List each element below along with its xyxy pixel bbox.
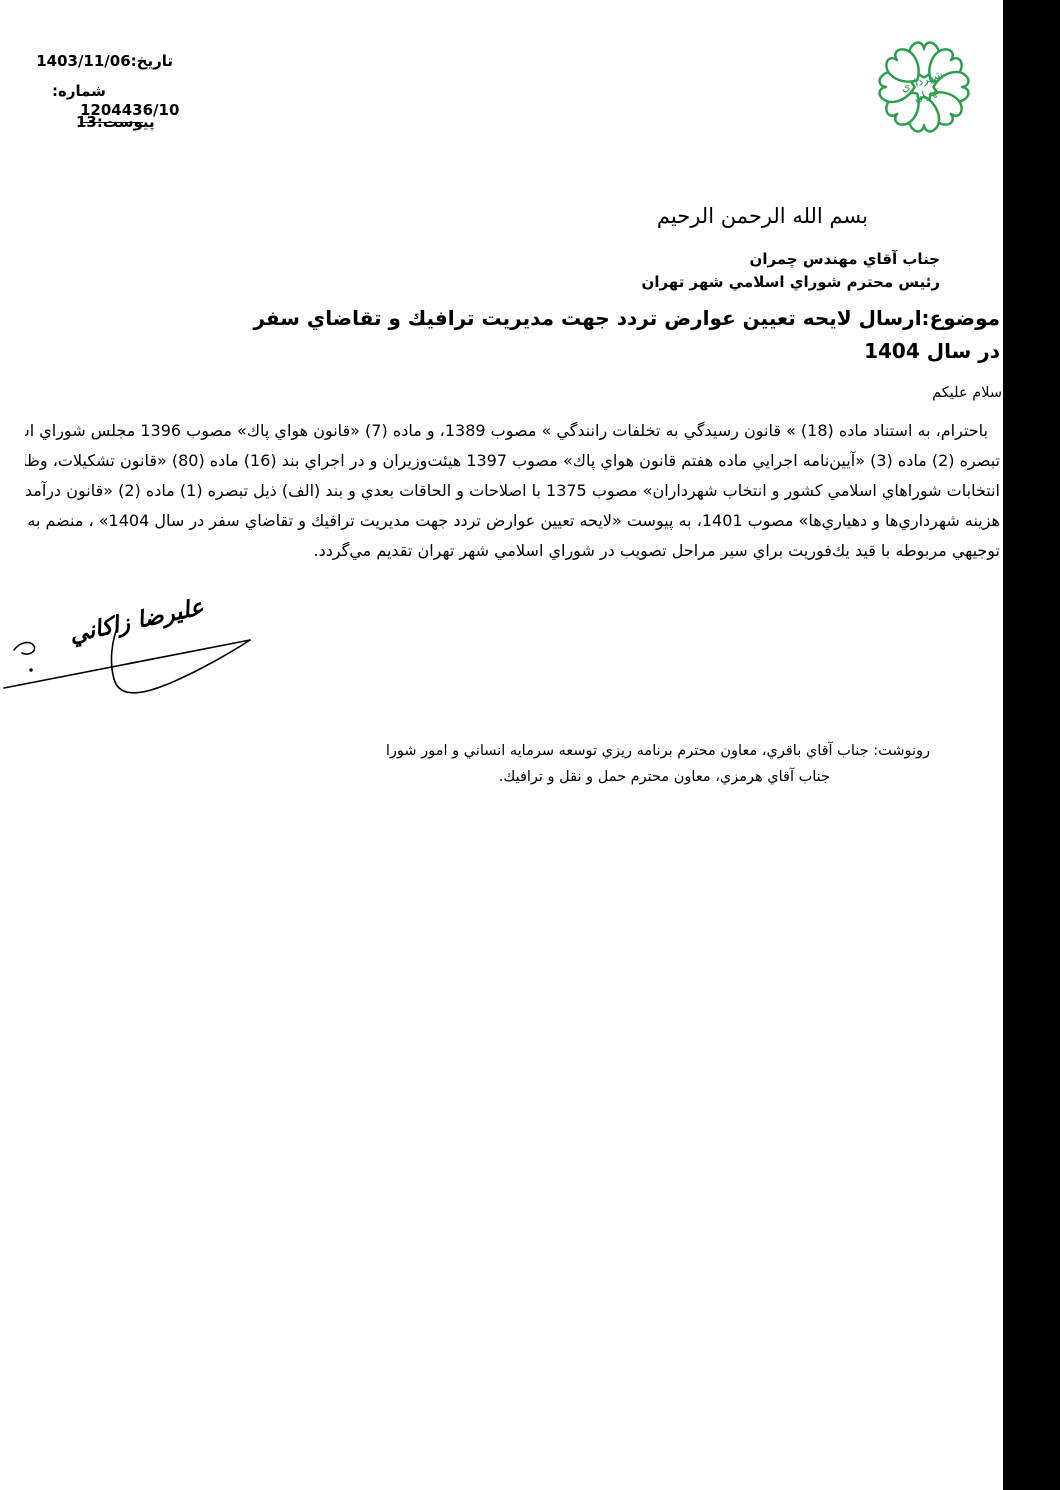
recipient-block: جناب آقاي مهندس چمران رئيس محترم شوراي ا… [642, 248, 940, 294]
signature-flourish-stroke [14, 643, 35, 655]
subject-block: موضوع:ارسال لايحه تعيين عوارض تردد جهت م… [253, 302, 1000, 368]
signature-dot [29, 668, 32, 671]
date-value: 1403/11/06 [36, 52, 130, 70]
signature-block: عليرضا زاكاني [0, 588, 300, 723]
header-number-label: شماره: [52, 82, 106, 100]
body-line-4: هزينه شهرداري‌ها و دهياري‌ها» مصوب 1401،… [25, 506, 1000, 536]
attachment-value: 13 [76, 113, 97, 131]
tehran-municipality-logo: شهرداري تهران [864, 30, 984, 144]
bismillah: بسم الله الرحمن الرحيم [657, 204, 868, 228]
body-line-1: باحترام، به استناد ماده (18) » قانون رسي… [25, 416, 1000, 446]
salutation: سلام عليكم [932, 385, 1002, 401]
signature-name: عليرضا زاكاني [67, 594, 206, 649]
logo-flower-icon: شهرداري تهران [864, 30, 984, 144]
scan-border-strip [1003, 0, 1060, 1490]
signature-baseline-stroke [4, 640, 250, 688]
body-paragraph: باحترام، به استناد ماده (18) » قانون رسي… [25, 416, 1000, 566]
signature-swoosh-stroke [111, 626, 250, 693]
attachment-label: پيوست: [97, 113, 155, 131]
header-attachment: پيوست:13 [76, 113, 155, 131]
header-date: تاريخ:1403/11/06 [36, 52, 173, 70]
cc-line-1: رونوشت: جناب آقاي باقري، معاون محترم برن… [386, 743, 930, 759]
body-line-5: توجيهي مربوطه با قيد يك‌فوريت براي سير م… [25, 536, 1000, 566]
letter-page: تاريخ:1403/11/06 شماره: 1204436/10 پيوست… [0, 0, 1060, 1490]
body-line-2: تبصره (2) ماده (3) «آيين‌نامه اجرايي ماد… [25, 446, 1000, 476]
body-line-3: انتخابات شوراهاي اسلامي كشور و انتخاب شه… [25, 476, 1000, 506]
cc-line-2: جناب آقاي هرمزي، معاون محترم حمل و نقل و… [499, 769, 830, 785]
recipient-title: رئيس محترم شوراي اسلامي شهر تهران [642, 271, 940, 294]
recipient-name: جناب آقاي مهندس چمران [642, 248, 940, 271]
date-label: تاريخ: [131, 52, 173, 70]
subject-line1: موضوع:ارسال لايحه تعيين عوارض تردد جهت م… [253, 302, 1000, 335]
subject-line2: در سال 1404 [253, 335, 1000, 368]
signature-icon: عليرضا زاكاني [0, 588, 300, 723]
number-label: شماره: [52, 82, 106, 100]
